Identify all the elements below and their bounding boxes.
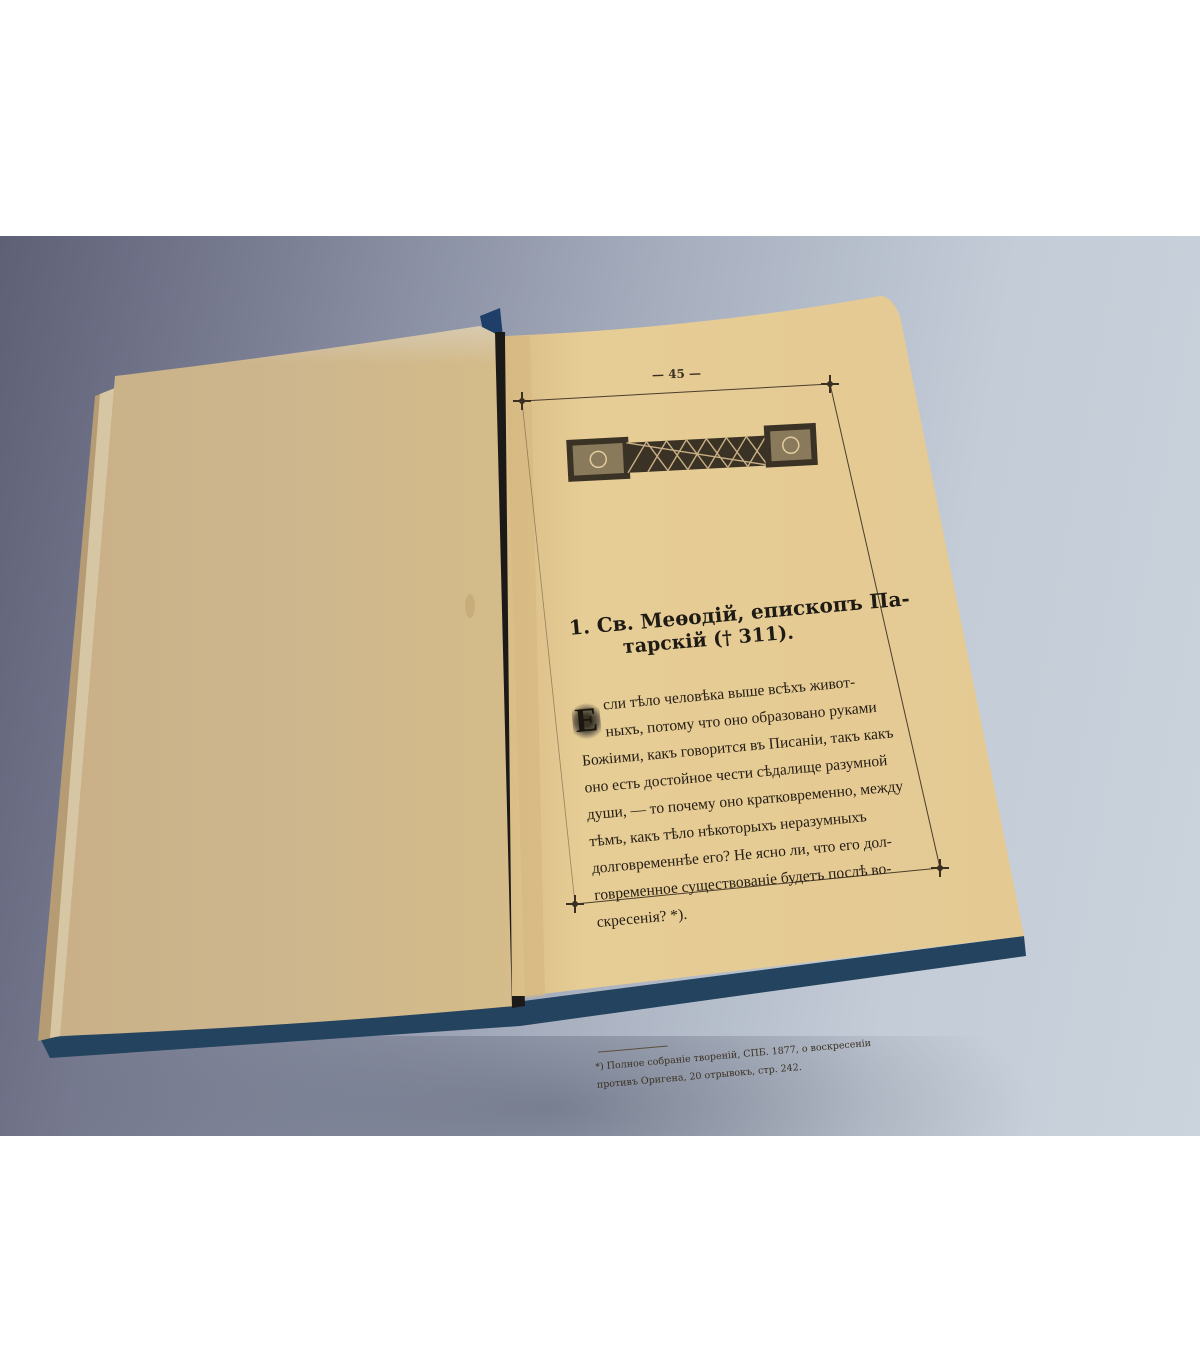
drop-cap-initial: Е: [571, 698, 603, 744]
page-number: — 45 —: [652, 366, 702, 382]
open-book: [0, 236, 1200, 1136]
body-paragraph: Е сли тѣло человѣка выше всѣхъ живот- ны…: [576, 665, 917, 936]
book-photograph: — 45 — 1. Св. Меѳодій, епископъ Па- тарс…: [0, 236, 1200, 1136]
